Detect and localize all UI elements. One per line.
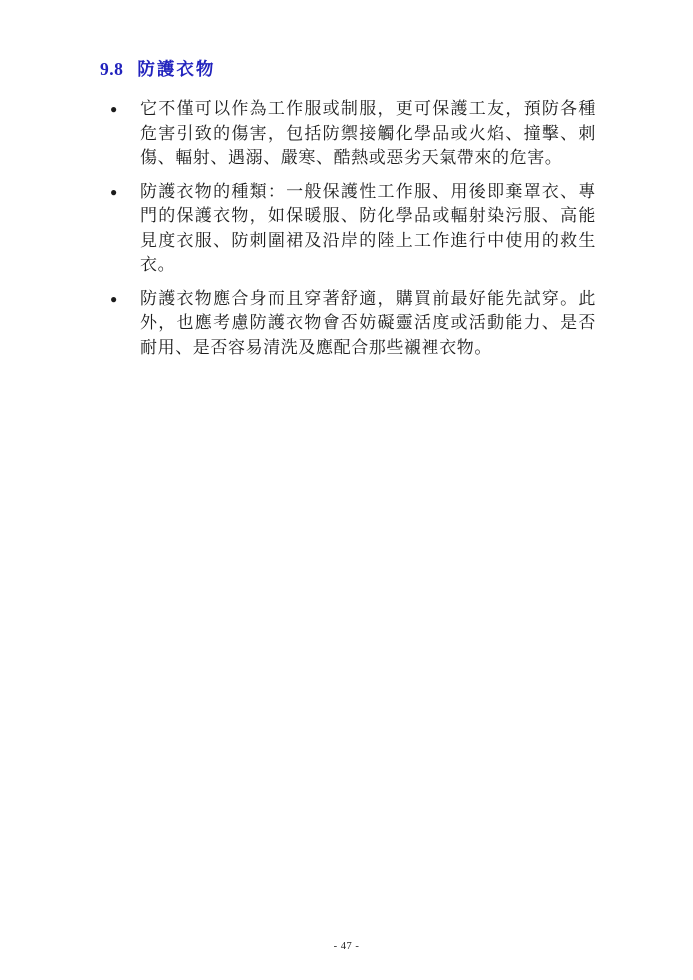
page-footer: - 47 - <box>0 941 693 952</box>
section-heading: 9.8 防護衣物 <box>100 58 596 81</box>
bullet-icon: ● <box>110 180 140 205</box>
document-page: 9.8 防護衣物 ● 它不僅可以作為工作服或制服，更可保護工友，預防各種危害引致… <box>0 0 693 980</box>
bullet-icon: ● <box>110 97 140 122</box>
bullet-text: 防護衣物的種類：一般保護性工作服、用後即棄罩衣、專門的保護衣物，如保暖服、防化學… <box>140 180 596 278</box>
bullet-text: 防護衣物應合身而且穿著舒適，購買前最好能先試穿。此外，也應考慮防護衣物會否妨礙靈… <box>140 287 596 361</box>
section-number: 9.8 <box>100 58 123 81</box>
bullet-item: ● 防護衣物應合身而且穿著舒適，購買前最好能先試穿。此外，也應考慮防護衣物會否妨… <box>100 287 596 361</box>
page-content: 9.8 防護衣物 ● 它不僅可以作為工作服或制服，更可保護工友，預防各種危害引致… <box>100 58 596 369</box>
bullet-item: ● 它不僅可以作為工作服或制服，更可保護工友，預防各種危害引致的傷害，包括防禦接… <box>100 97 596 171</box>
page-number: - 47 - <box>334 941 360 952</box>
section-title: 防護衣物 <box>137 58 215 81</box>
bullet-text: 它不僅可以作為工作服或制服，更可保護工友，預防各種危害引致的傷害，包括防禦接觸化… <box>140 97 596 171</box>
bullet-list: ● 它不僅可以作為工作服或制服，更可保護工友，預防各種危害引致的傷害，包括防禦接… <box>100 97 596 360</box>
bullet-item: ● 防護衣物的種類：一般保護性工作服、用後即棄罩衣、專門的保護衣物，如保暖服、防… <box>100 180 596 278</box>
bullet-icon: ● <box>110 287 140 312</box>
